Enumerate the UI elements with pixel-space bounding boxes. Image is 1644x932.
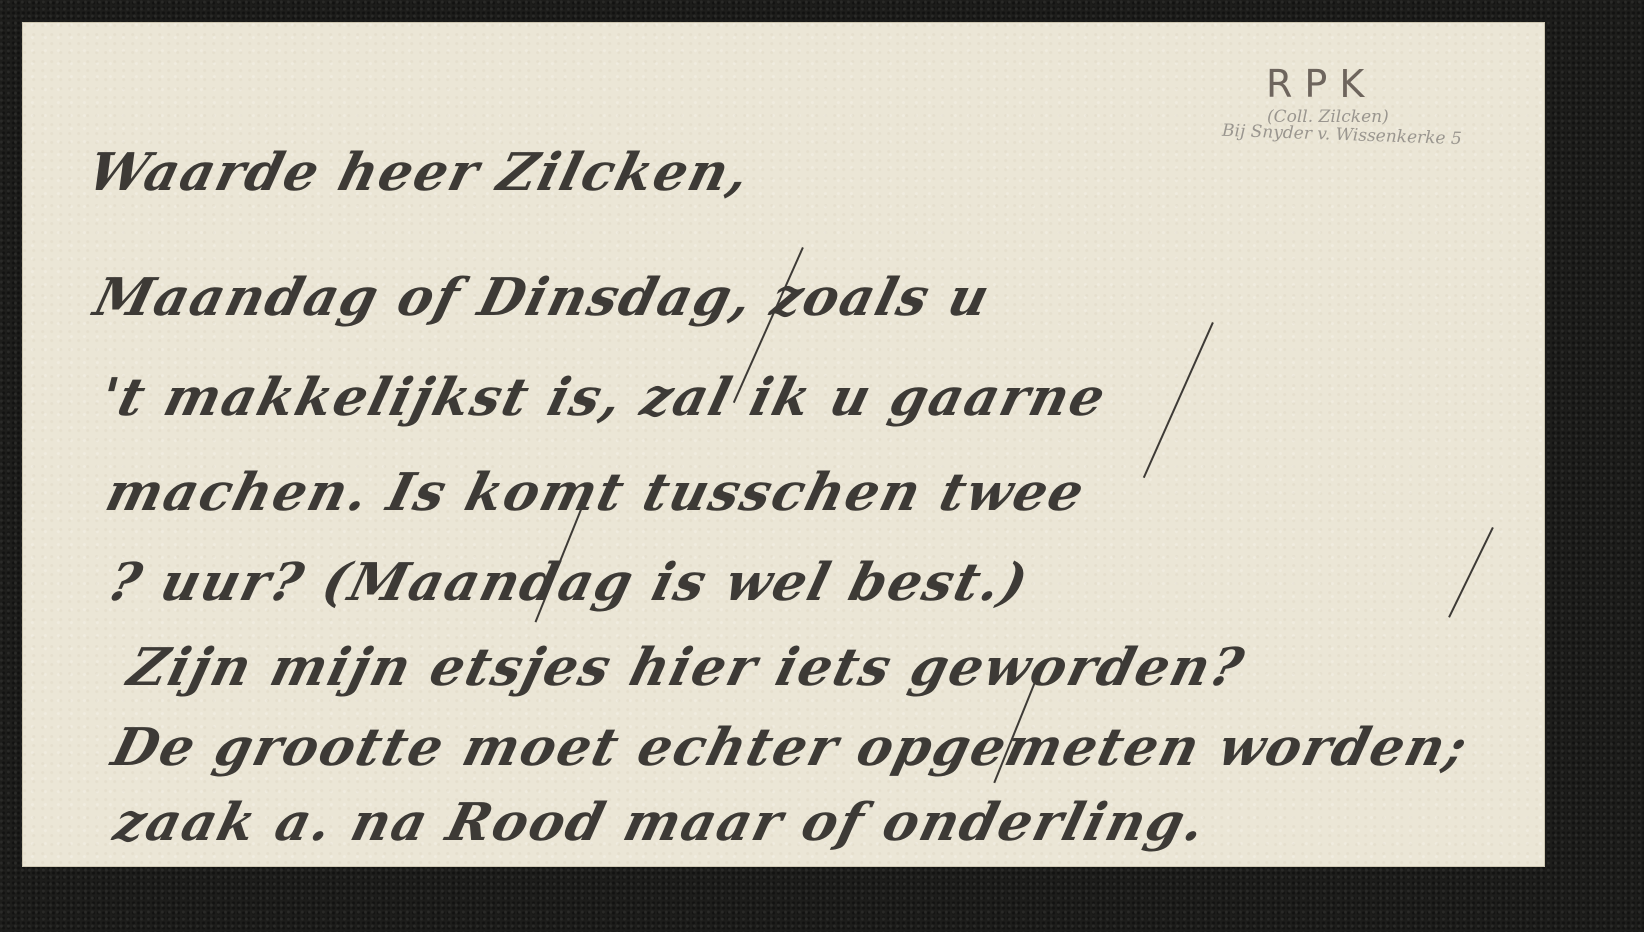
pen-stroke	[1448, 527, 1494, 618]
handwriting-line-6: Zijn mijn etsjes hier iets geworden?	[122, 637, 1251, 698]
pen-stroke	[1143, 322, 1214, 478]
letter-card: RPK (Coll. Zilcken) Bij Snyder v. Wissen…	[22, 22, 1545, 867]
handwriting-line-7: De grootte moet echter opgemeten worden;	[106, 717, 1475, 778]
handwriting-line-2: Maandag of Dinsdag, zoals u	[88, 267, 997, 328]
handwriting-line-4: machen. Is komt tusschen twee	[100, 462, 1092, 523]
pencil-annotation-line-2: Bij Snyder v. Wissenkerke 5	[1222, 121, 1462, 149]
collection-stamp: RPK	[1266, 62, 1376, 106]
handwriting-line-5: ? uur? (Maandag is wel best.)	[102, 552, 1036, 613]
handwriting-line-3: 't makkelijkst is, zal ik u gaarne	[94, 367, 1113, 428]
handwriting-line-1: Waarde heer Zilcken,	[82, 142, 757, 203]
handwriting-line-8: zaak a. na Rood maar of onderling.	[108, 792, 1213, 853]
